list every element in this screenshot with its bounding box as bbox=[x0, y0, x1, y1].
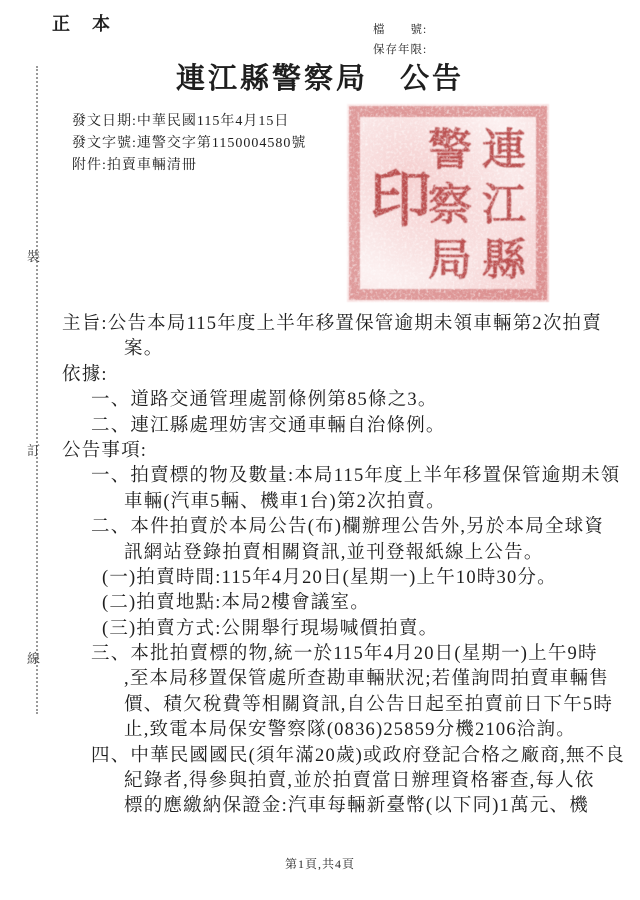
body-line: 案。 bbox=[0, 337, 640, 362]
document-page: 正 本 檔 號: 保存年限: 連江縣警察局 公告 發文日期:中華民國115年4月… bbox=[0, 0, 640, 900]
body-line: (三)拍賣方式:公開舉行現場喊價拍賣。 bbox=[0, 617, 640, 642]
announcement-body: 主旨:公告本局115年度上半年移置保管逾期未領車輛第2次拍賣 案。 依據: 一、… bbox=[0, 312, 640, 820]
body-line-basis: 依據: bbox=[0, 363, 640, 388]
body-line-subject: 主旨:公告本局115年度上半年移置保管逾期未領車輛第2次拍賣 bbox=[0, 312, 640, 337]
archive-meta: 檔 號: 保存年限: bbox=[373, 20, 427, 60]
seal-text-column: 印 bbox=[363, 166, 425, 228]
body-line: 止,致電本局保安警察隊(0836)25859分機2106洽詢。 bbox=[0, 718, 640, 743]
official-seal: 連江縣 警察局 印 bbox=[347, 104, 549, 302]
document-title: 連江縣警察局 公告 bbox=[0, 56, 640, 97]
body-line: 紀錄者,得參與拍賣,並於拍賣當日辦理資格審查,每人依 bbox=[0, 769, 640, 794]
body-line: 一、道路交通管理處罰條例第85條之3。 bbox=[0, 388, 640, 413]
file-number-label: 檔 號: bbox=[373, 20, 427, 40]
body-line: 價、積欠稅費等相關資訊,自公告日起至拍賣前日下午5時 bbox=[0, 693, 640, 718]
body-line: 二、連江縣處理妨害交通車輛自治條例。 bbox=[0, 414, 640, 439]
body-line: 訊網站登錄拍賣相關資訊,並刊登報紙線上公告。 bbox=[0, 541, 640, 566]
body-line: (一)拍賣時間:115年4月20日(星期一)上午10時30分。 bbox=[0, 566, 640, 591]
body-line: 標的應繳納保證金:汽車每輛新臺幣(以下同)1萬元、機 bbox=[0, 794, 640, 819]
body-line: 車輛(汽車5輛、機車1台)第2次拍賣。 bbox=[0, 490, 640, 515]
issuing-meta: 發文日期:中華民國115年4月15日 發文字號:連警交字第1150004580號… bbox=[72, 111, 306, 177]
body-line: 四、中華民國國民(須年滿20歲)或政府登記合格之廠商,無不良 bbox=[0, 744, 640, 769]
issue-date: 發文日期:中華民國115年4月15日 bbox=[72, 111, 306, 133]
seal-text-column: 連江縣 bbox=[477, 126, 521, 291]
binding-mark-zhuang: 裝 bbox=[27, 246, 40, 265]
body-line-items-head: 公告事項: bbox=[0, 439, 640, 464]
body-line: (二)拍賣地點:本局2樓會議室。 bbox=[0, 591, 640, 616]
doc-number: 發文字號:連警交字第1150004580號 bbox=[72, 133, 306, 155]
body-line: ,至本局移置保管處所查勘車輛狀況;若僅詢問拍賣車輛售 bbox=[0, 667, 640, 692]
body-line: 三、本批拍賣標的物,統一於115年4月20日(星期一)上午9時 bbox=[0, 642, 640, 667]
copy-type-label: 正 本 bbox=[52, 10, 112, 36]
body-line: 二、本件拍賣於本局公告(布)欄辦理公告外,另於本局全球資 bbox=[0, 515, 640, 540]
page-number: 第1頁,共4頁 bbox=[0, 855, 640, 872]
body-line: 一、拍賣標的物及數量:本局115年度上半年移置保管逾期未領 bbox=[0, 464, 640, 489]
seal-text-column: 警察局 bbox=[423, 126, 467, 291]
attachment-note: 附件:拍賣車輛清冊 bbox=[72, 155, 306, 177]
